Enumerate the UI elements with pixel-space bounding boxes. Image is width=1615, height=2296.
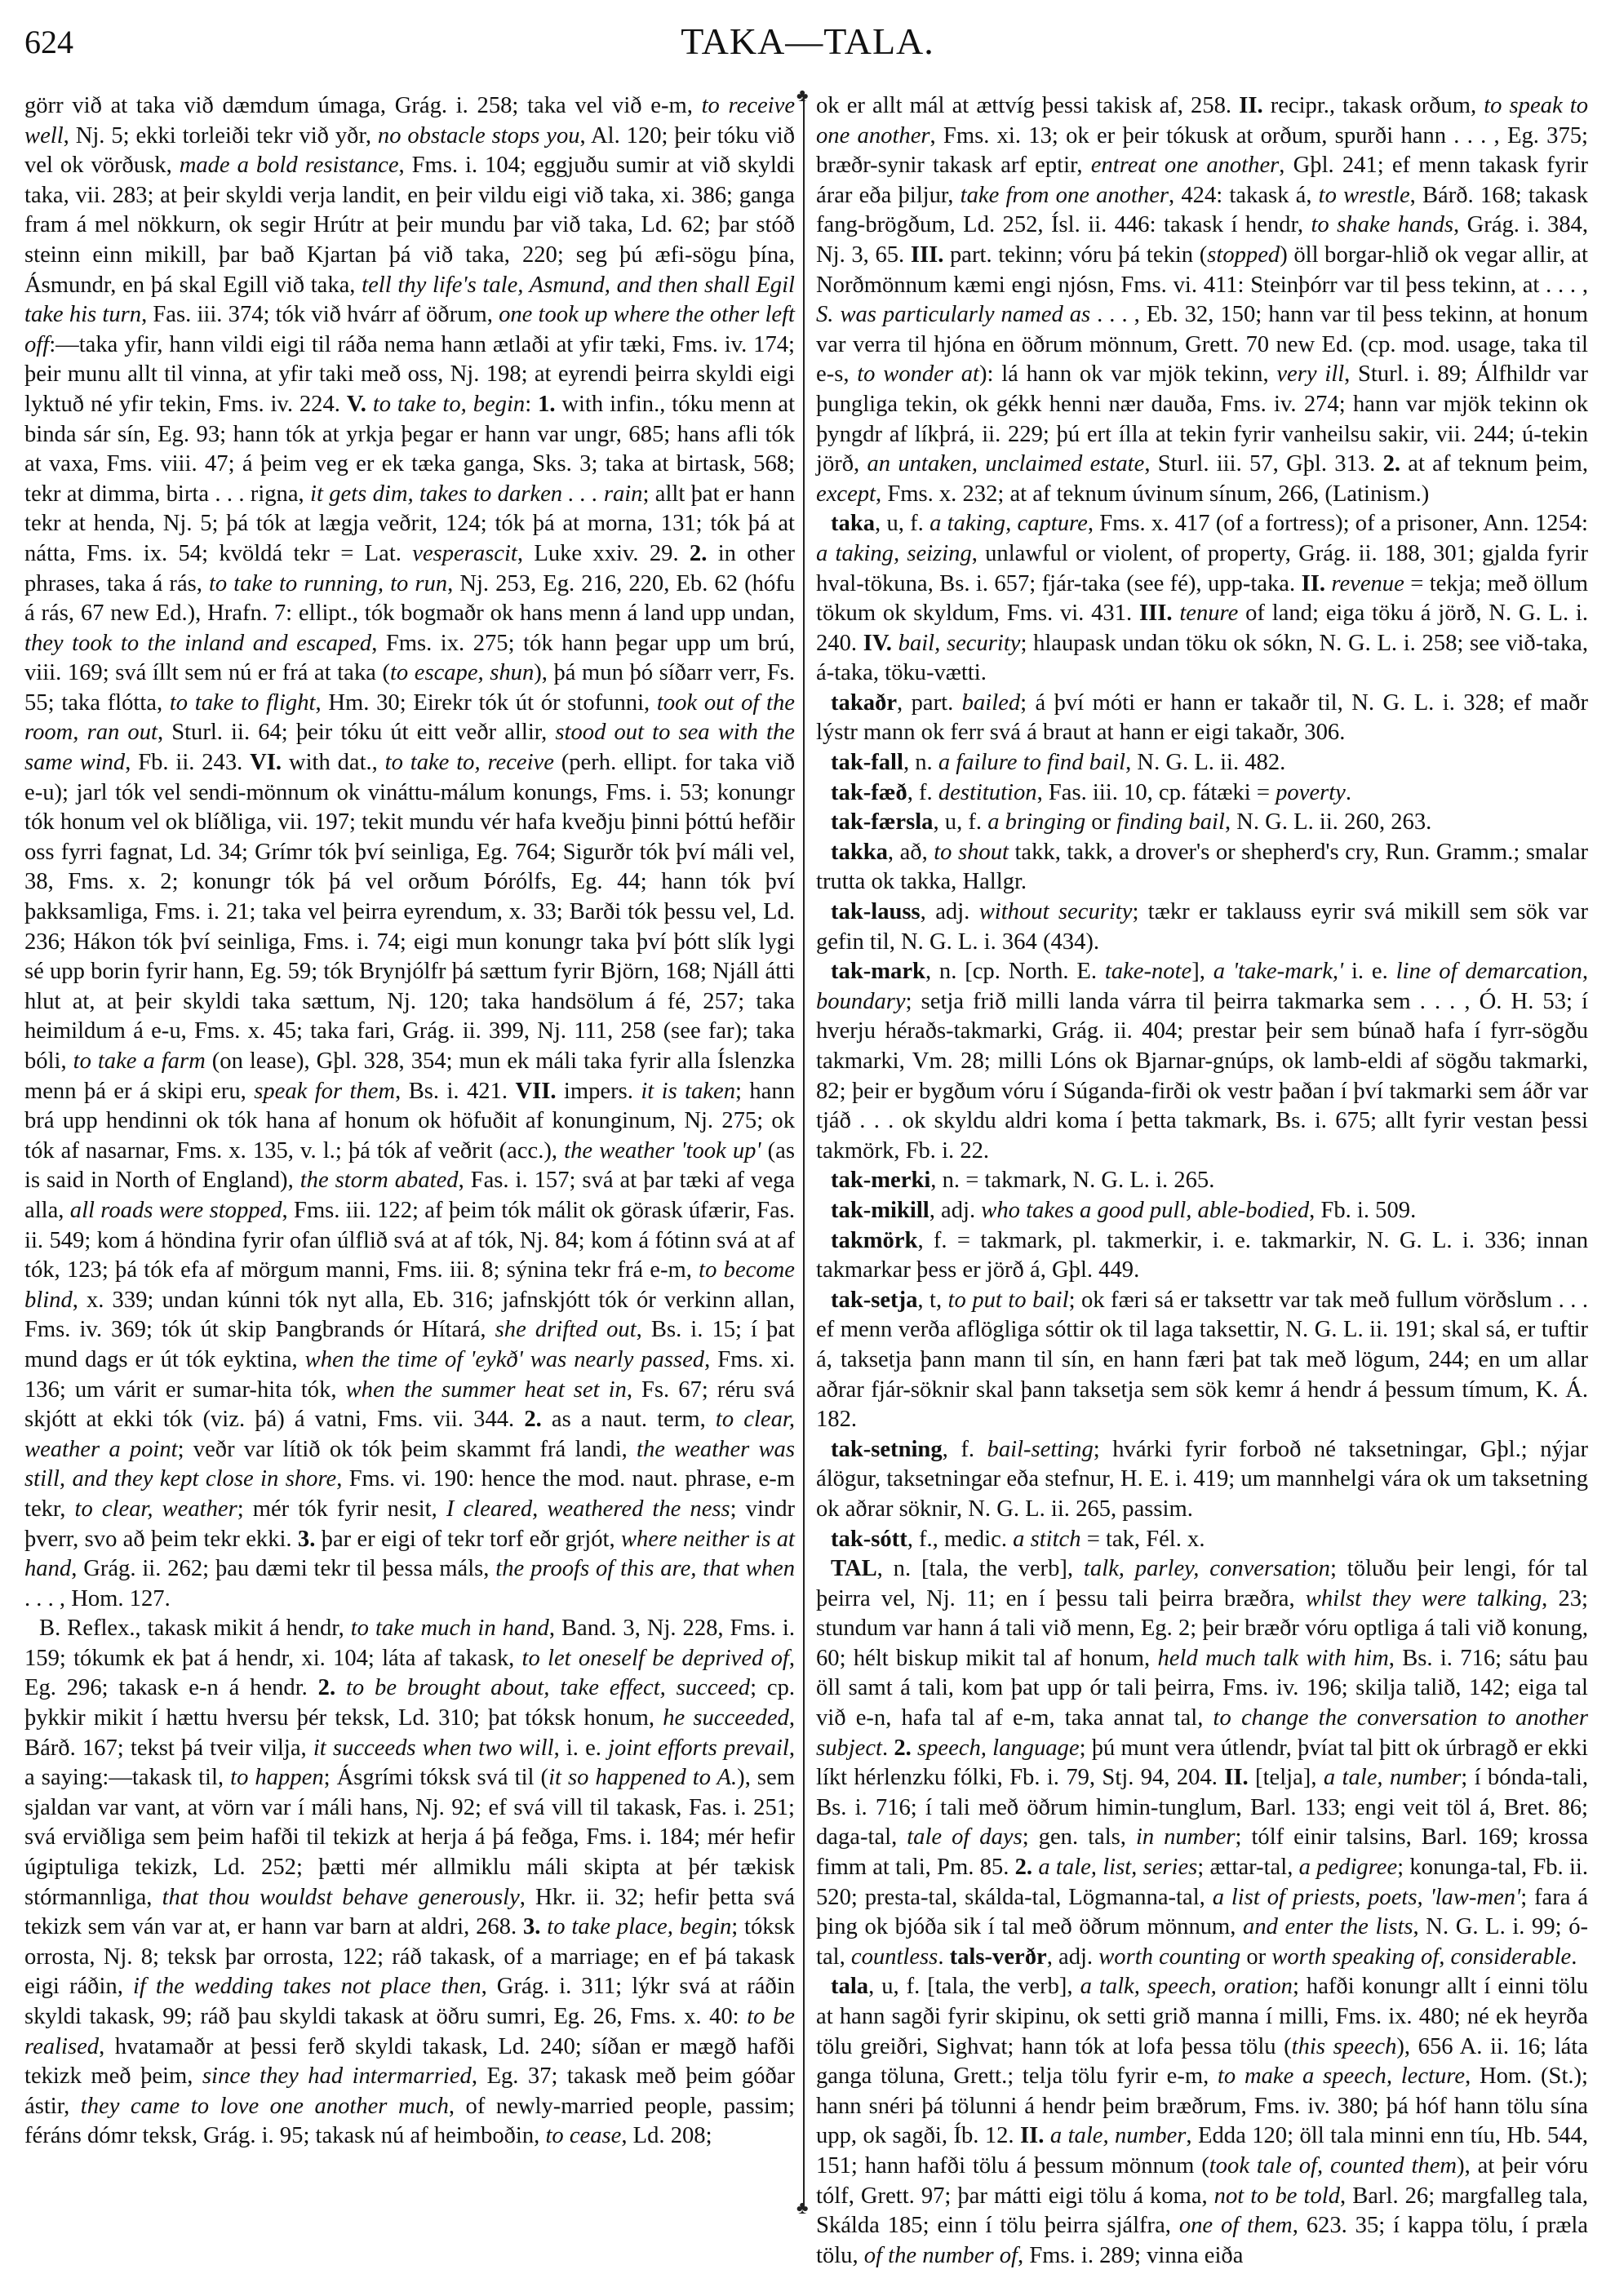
headword-or-sense-marker: VII. xyxy=(515,1079,556,1104)
entry-text: i. e. xyxy=(1343,959,1395,984)
headword-or-sense-marker: III. xyxy=(911,242,944,268)
english-gloss: destitution xyxy=(938,780,1037,805)
entry-text: , u, f. [tala, the verb], xyxy=(868,1974,1080,1999)
left-column: görr við at taka við dæmdum úmaga, Grág.… xyxy=(24,91,795,2152)
entry-text: , Fb. i. 509. xyxy=(1309,1198,1416,1223)
english-gloss: to take to flight xyxy=(170,690,316,716)
english-gloss: this speech xyxy=(1292,2034,1397,2059)
english-gloss: an untaken, unclaimed estate xyxy=(867,451,1144,476)
entry-text: , Luke xxiv. 29. xyxy=(517,541,690,566)
english-gloss: when the summer heat set in xyxy=(346,1377,627,1403)
entry-text: ok er allt mál at ættvíg þessi takisk af… xyxy=(816,93,1239,118)
headword-or-sense-marker: takaðr xyxy=(831,690,897,716)
dictionary-entry: tak-fæð, f. destitution, Fas. iii. 10, c… xyxy=(816,778,1588,809)
entry-text: . . . , Hom. 127. xyxy=(24,1586,171,1611)
headword-or-sense-marker: II. xyxy=(1302,571,1325,596)
english-gloss: without security xyxy=(979,899,1133,924)
english-gloss: took tale of, counted them xyxy=(1209,2153,1457,2179)
running-head: TAKA—TALA. xyxy=(0,20,1615,63)
english-gloss: to put to bail xyxy=(948,1288,1069,1313)
entry-text: ; gen. tals, xyxy=(1023,1824,1136,1850)
entry-text: ): lá hann ok var mjök tekinn, xyxy=(979,361,1276,387)
english-gloss: take from one another xyxy=(961,183,1169,208)
dictionary-entry: tak-lauss, adj. without security; tækr e… xyxy=(816,898,1588,957)
english-gloss: worth counting xyxy=(1098,1944,1240,1970)
entry-text: . xyxy=(1571,1944,1577,1970)
english-gloss: a list of priests, poets, 'law-men' xyxy=(1213,1885,1521,1910)
entry-text: , Fas. iii. 374; tók við hvárr af öðrum, xyxy=(141,302,499,327)
english-gloss: it succeeds when two will xyxy=(313,1735,554,1761)
english-gloss: take-note xyxy=(1105,959,1191,984)
headword-or-sense-marker: 2. xyxy=(894,1735,911,1761)
headword-or-sense-marker: 2. xyxy=(690,541,707,566)
headword-or-sense-marker: tak-mikill xyxy=(831,1198,930,1223)
headword-or-sense-marker: 1. xyxy=(538,392,555,417)
entry-text: or xyxy=(1085,809,1116,835)
entry-text: , 424: takask á, xyxy=(1169,183,1319,208)
english-gloss: a taking, capture xyxy=(930,511,1088,536)
entry-text: , Fas. iii. 10, cp. fátæki = xyxy=(1037,780,1276,805)
entry-text: , f. xyxy=(943,1437,987,1462)
headword-or-sense-marker: 2. xyxy=(524,1407,541,1432)
english-gloss: the storm abated xyxy=(300,1168,459,1193)
dictionary-entry: tak-færsla, u, f. a bringing or finding … xyxy=(816,808,1588,838)
entry-text: , f., medic. xyxy=(907,1527,1013,1552)
english-gloss: to wrestle xyxy=(1319,183,1410,208)
english-gloss: they came to love one another much xyxy=(81,2094,449,2119)
headword-or-sense-marker: III. xyxy=(1139,601,1173,626)
english-gloss: tale of days xyxy=(907,1824,1023,1850)
headword-or-sense-marker: tak-fall xyxy=(831,750,903,775)
english-gloss: to take much in hand xyxy=(351,1616,549,1641)
english-gloss: to escape, shun xyxy=(390,660,534,685)
headword-or-sense-marker: tak-setning xyxy=(831,1437,943,1462)
entry-text: recipr., takask orðum, xyxy=(1263,93,1484,118)
english-gloss: very ill xyxy=(1276,361,1344,387)
english-gloss: revenue xyxy=(1331,571,1404,596)
english-gloss: worth speaking of, considerable xyxy=(1271,1944,1571,1970)
english-gloss: to take place, begin xyxy=(547,1914,731,1939)
english-gloss: finding bail xyxy=(1116,809,1225,835)
english-gloss: S. was particularly named as xyxy=(816,302,1090,327)
english-gloss: a failure to find bail xyxy=(938,750,1125,775)
entry-continuation: görr við at taka við dæmdum úmaga, Grág.… xyxy=(24,91,795,1614)
english-gloss: vesperascit xyxy=(412,541,517,566)
entry-text: , N. G. L. ii. 482. xyxy=(1125,750,1285,775)
entry-text: , Sturl. iii. 57, Gþl. 313. xyxy=(1144,451,1382,476)
entry-text: ; Ásgrími tóksk svá til ( xyxy=(324,1765,548,1790)
english-gloss: to clear, weather xyxy=(75,1496,237,1522)
dictionary-entry: B. Reflex., takask mikit á hendr, to tak… xyxy=(24,1614,795,2152)
english-gloss: countless xyxy=(851,1944,938,1970)
english-gloss: who takes a good pull, able-bodied xyxy=(981,1198,1309,1223)
entry-text: , að, xyxy=(888,840,934,865)
entry-text: , adj. xyxy=(1047,1944,1099,1970)
right-column: ok er allt mál at ættvíg þessi takisk af… xyxy=(816,91,1588,2271)
english-gloss: to make a speech, lecture xyxy=(1218,2063,1465,2089)
english-gloss: made a bold resistance xyxy=(180,153,399,178)
entry-text: , n. = takmark, N. G. L. i. 265. xyxy=(930,1168,1214,1193)
english-gloss: speech, language xyxy=(917,1735,1080,1761)
entry-text: , n. [cp. North. E. xyxy=(925,959,1105,984)
headword-or-sense-marker: II. xyxy=(1239,93,1262,118)
english-gloss: talk, parley, conversation xyxy=(1084,1556,1330,1581)
english-gloss: bail-setting xyxy=(987,1437,1094,1462)
headword-or-sense-marker: 2. xyxy=(1015,1855,1032,1880)
english-gloss: if the wedding takes not place then xyxy=(133,1974,481,1999)
entry-text xyxy=(892,631,898,656)
headword-or-sense-marker: tak-sótt xyxy=(831,1527,907,1552)
english-gloss: bailed xyxy=(962,690,1020,716)
dictionary-entry: takka, að, to shout takk, takk, a drover… xyxy=(816,838,1588,898)
headword-or-sense-marker: 2. xyxy=(318,1675,335,1700)
english-gloss: a taking, seizing xyxy=(816,541,972,566)
english-gloss: to take to running, to run xyxy=(209,571,447,596)
dictionary-entry: tak-fall, n. a failure to find bail, N. … xyxy=(816,748,1588,778)
entry-text: , adj. xyxy=(921,899,979,924)
headword-or-sense-marker: tala xyxy=(831,1974,868,1999)
entry-text: , Fms. x. 417 (of a fortress); of a pris… xyxy=(1088,511,1588,536)
english-gloss: the weather 'took up' xyxy=(564,1138,761,1164)
entry-text: , f. = takmark, pl. takmerkir, i. e. tak… xyxy=(816,1228,1588,1283)
entry-text: impers. xyxy=(557,1079,641,1104)
entry-text: , i. e. xyxy=(554,1735,609,1761)
entry-text xyxy=(366,392,373,417)
headword-or-sense-marker: TAL xyxy=(831,1556,877,1581)
english-gloss: in number xyxy=(1136,1824,1236,1850)
entry-text: þar er eigi of tekr torf eðr grjót, xyxy=(315,1527,621,1552)
entry-text: ; mér tók fyrir nesit, xyxy=(237,1496,446,1522)
english-gloss: stopped xyxy=(1207,242,1280,268)
english-gloss: when the time of 'eykð' was nearly passe… xyxy=(305,1347,704,1372)
entry-text: , Hm. 30; Eirekr tók út ór stofunni, xyxy=(315,690,656,716)
english-gloss: a bringing xyxy=(987,809,1085,835)
english-gloss: no obstacle stops you xyxy=(378,123,580,148)
entry-text: , Fms. x. 232; at af teknum úvinum sínum… xyxy=(876,481,1429,507)
entry-text: , f. xyxy=(907,780,938,805)
english-gloss: she drifted out xyxy=(495,1317,637,1342)
entry-text: B. Reflex., takask mikit á hendr, xyxy=(39,1616,351,1641)
headword-or-sense-marker: tak-mark xyxy=(831,959,925,984)
entry-text: ], xyxy=(1191,959,1213,984)
entry-text: part. tekinn; vóru þá tekin ( xyxy=(943,242,1207,268)
english-gloss: and enter the lists xyxy=(1243,1914,1413,1939)
dictionary-entry: tak-mikill, adj. who takes a good pull, … xyxy=(816,1196,1588,1226)
english-gloss: a talk, speech, oration xyxy=(1080,1974,1293,1999)
entry-text: , Fb. ii. 243. xyxy=(125,750,250,775)
english-gloss: except xyxy=(816,481,876,507)
entry-text: , Sturl. ii. 64; þeir tóku út eitt veðr … xyxy=(158,720,555,745)
headword-or-sense-marker: IV. xyxy=(863,631,892,656)
english-gloss: not to be told xyxy=(1214,2183,1340,2209)
entry-text: , t, xyxy=(917,1288,947,1313)
entry-text: , Grág. ii. 262; þau dæmi tekr til þessa… xyxy=(71,1556,495,1581)
english-gloss: a stitch xyxy=(1013,1527,1080,1552)
entry-text: , Fms. i. 289; vinna eiða xyxy=(1018,2243,1243,2268)
english-gloss: a tale, number xyxy=(1324,1765,1461,1790)
headword-or-sense-marker: II. xyxy=(1224,1765,1248,1790)
english-gloss: it so happened to A. xyxy=(548,1765,737,1790)
english-gloss: a 'take-mark,' xyxy=(1213,959,1343,984)
dictionary-entry: tak-setning, f. bail-setting; hvárki fyr… xyxy=(816,1435,1588,1525)
english-gloss: I cleared, weathered the ness xyxy=(446,1496,730,1522)
entry-text: , N. G. L. ii. 260, 263. xyxy=(1225,809,1431,835)
dictionary-entry: TAL, n. [tala, the verb], talk, parley, … xyxy=(816,1554,1588,1972)
headword-or-sense-marker: tals-verðr xyxy=(950,1944,1047,1970)
dictionary-entry: tak-merki, n. = takmark, N. G. L. i. 265… xyxy=(816,1166,1588,1196)
entry-text: (perh. ellipt. for taka við e-u); jarl t… xyxy=(24,750,795,1074)
english-gloss: since they had intermarried xyxy=(202,2063,472,2089)
dictionary-entry: tak-sótt, f., medic. a stitch = tak, Fél… xyxy=(816,1525,1588,1555)
entry-text: : xyxy=(525,392,538,417)
entry-text xyxy=(1173,601,1180,626)
english-gloss: it is taken xyxy=(641,1079,735,1104)
headword-or-sense-marker: takmörk xyxy=(831,1228,917,1253)
english-gloss: a tale, number xyxy=(1050,2123,1187,2148)
english-gloss: it gets dim, takes to darken . . . rain xyxy=(310,481,642,507)
english-gloss: one of them xyxy=(1179,2213,1293,2238)
english-gloss: to take a farm xyxy=(73,1048,206,1074)
english-gloss: speak for them xyxy=(254,1079,395,1104)
dictionary-entry: takmörk, f. = takmark, pl. takmerkir, i.… xyxy=(816,1226,1588,1286)
entry-text: , Ld. 208; xyxy=(621,2123,712,2148)
entry-text: [telja], xyxy=(1249,1765,1324,1790)
english-gloss: tenure xyxy=(1179,601,1238,626)
headword-or-sense-marker: II. xyxy=(1020,2123,1044,2148)
column-divider xyxy=(803,96,805,2210)
dictionary-entry: tala, u, f. [tala, the verb], a talk, sp… xyxy=(816,1972,1588,2271)
entry-text: . xyxy=(1346,780,1351,805)
english-gloss: poverty xyxy=(1276,780,1346,805)
english-gloss: to be brought about, take effect, succee… xyxy=(346,1675,750,1700)
headword-or-sense-marker: tak-lauss xyxy=(831,899,921,924)
english-gloss: to take to, receive xyxy=(385,750,554,775)
english-gloss: joint efforts prevail xyxy=(608,1735,789,1761)
headword-or-sense-marker: tak-færsla xyxy=(831,809,933,835)
headword-or-sense-marker: 3. xyxy=(298,1527,315,1552)
english-gloss: to happen xyxy=(230,1765,324,1790)
english-gloss: bail, security xyxy=(898,631,1021,656)
entry-text: . xyxy=(938,1944,949,1970)
headword-or-sense-marker: 2. xyxy=(1383,451,1400,476)
dictionary-entry: tak-mark, n. [cp. North. E. take-note], … xyxy=(816,957,1588,1166)
entry-text: , Nj. 5; ekki torleiði tekr við yðr, xyxy=(64,123,378,148)
dictionary-entry: tak-setja, t, to put to bail; ok færi sá… xyxy=(816,1286,1588,1435)
entry-text: ; ættar-tal, xyxy=(1197,1855,1298,1880)
entry-continuation: ok er allt mál at ættvíg þessi takisk af… xyxy=(816,91,1588,509)
entry-text: , part. xyxy=(897,690,962,716)
english-gloss: a pedigree xyxy=(1299,1855,1398,1880)
english-gloss: a tale, list, series xyxy=(1038,1855,1197,1880)
entry-text: at af teknum þeim, xyxy=(1400,451,1588,476)
entry-text xyxy=(335,1675,346,1700)
english-gloss: to cease xyxy=(545,2123,621,2148)
english-gloss: of the number of xyxy=(864,2243,1018,2268)
english-gloss: that thou wouldst behave generously xyxy=(162,1885,520,1910)
english-gloss: they took to the inland and escaped xyxy=(24,631,371,656)
entry-text: , n. xyxy=(903,750,938,775)
english-gloss: to shout xyxy=(934,840,1009,865)
headword-or-sense-marker: 3. xyxy=(523,1914,540,1939)
entry-text: ; veðr var lítið ok tók þeim skammt frá … xyxy=(178,1437,637,1462)
headword-or-sense-marker: V. xyxy=(347,392,366,417)
english-gloss: all roads were stopped xyxy=(70,1198,282,1223)
entry-text: ; setja frið milli landa várra til þeirr… xyxy=(816,989,1588,1164)
entry-text: , Bs. i. 421. xyxy=(395,1079,515,1104)
entry-text: , adj. xyxy=(930,1198,982,1223)
english-gloss: whilst they were talking xyxy=(1306,1586,1542,1611)
column-rule-ornament-icon: ♣ xyxy=(796,2199,808,2217)
headword-or-sense-marker: tak-setja xyxy=(831,1288,917,1313)
headword-or-sense-marker: tak-fæð xyxy=(831,780,907,805)
english-gloss: to wonder at xyxy=(857,361,979,387)
entry-text: with dat., xyxy=(282,750,385,775)
headword-or-sense-marker: VI. xyxy=(250,750,282,775)
english-gloss: to shake hands xyxy=(1311,212,1453,237)
entry-text: or xyxy=(1240,1944,1271,1970)
entry-text xyxy=(1044,2123,1049,2148)
dictionary-entry: takaðr, part. bailed; á því móti er hann… xyxy=(816,689,1588,748)
entry-text: görr við at taka við dæmdum úmaga, Grág.… xyxy=(24,93,702,118)
entry-text xyxy=(912,1735,917,1761)
entry-text: , n. [tala, the verb], xyxy=(877,1556,1084,1581)
english-gloss: held much talk with him xyxy=(1157,1646,1388,1671)
dictionary-entry: taka, u, f. a taking, capture, Fms. x. 4… xyxy=(816,509,1588,689)
entry-text: . xyxy=(882,1735,894,1761)
entry-text: , u, f. xyxy=(933,809,987,835)
headword-or-sense-marker: tak-merki xyxy=(831,1168,930,1193)
entry-text: , u, f. xyxy=(875,511,930,536)
english-gloss: to let oneself be deprived of xyxy=(522,1646,789,1671)
headword-or-sense-marker: takka xyxy=(831,840,888,865)
entry-text: as a naut. term, xyxy=(542,1407,716,1432)
entry-text: = tak, Fél. x. xyxy=(1081,1527,1205,1552)
english-gloss: he succeeded xyxy=(663,1705,789,1731)
headword-or-sense-marker: taka xyxy=(831,511,875,536)
english-gloss: to take to, begin xyxy=(373,392,525,417)
english-gloss: entreat one another xyxy=(1091,153,1280,178)
english-gloss: the proofs of this are, that when xyxy=(495,1556,795,1581)
